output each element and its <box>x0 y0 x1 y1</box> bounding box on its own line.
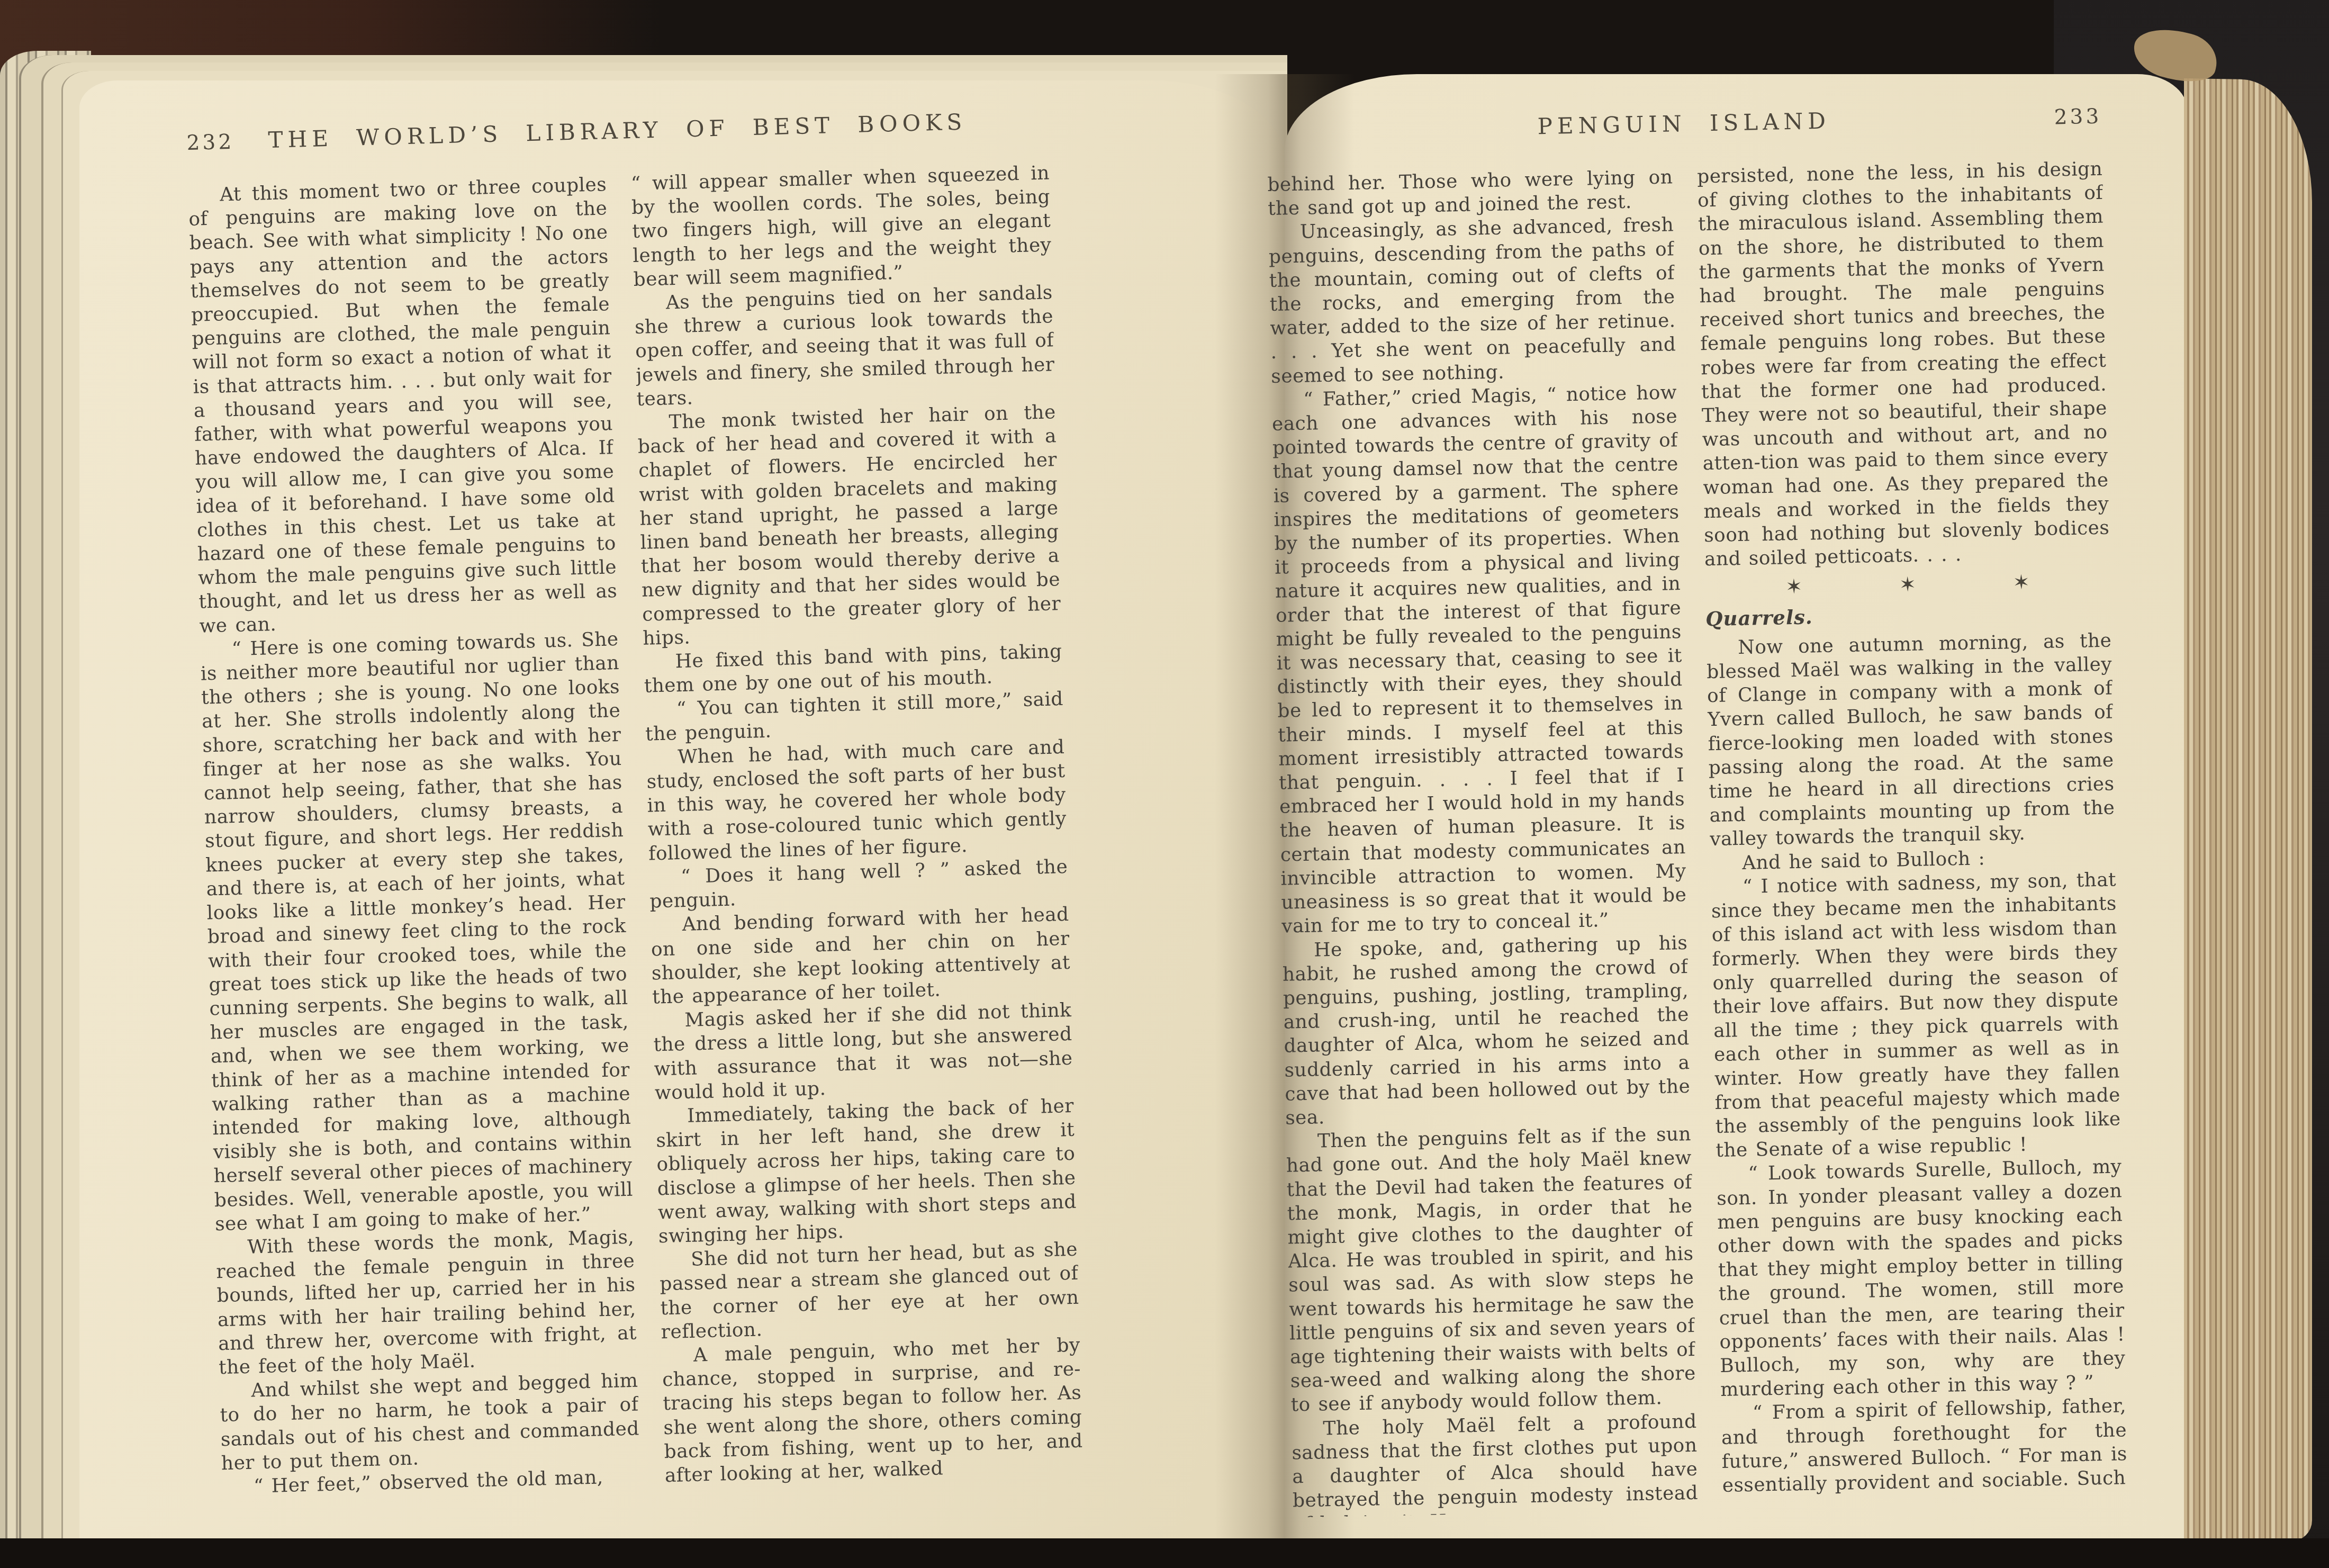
right-fore-edge-stack <box>2184 78 2312 1542</box>
paragraph: persisted, none the less, in his design … <box>1697 157 2110 572</box>
paragraph: And whilst she wept and begged him to do… <box>219 1369 640 1475</box>
paragraph: He spoke, and, gathering up his habit, h… <box>1282 931 1691 1130</box>
paragraph: With these words the monk, Magis, reache… <box>215 1225 638 1380</box>
header-spacer <box>1267 138 1346 139</box>
paragraph: At this moment two or three couples of p… <box>188 173 618 638</box>
paragraph: Magis asked her if she did not think the… <box>653 998 1073 1105</box>
header-spacer <box>969 127 1049 129</box>
paragraph: As the penguins tied on her sandals she … <box>634 281 1055 411</box>
paragraph: “ From a spirit of fellowship, father, a… <box>1721 1394 2128 1498</box>
paragraph: “ Look towards Surelle, Bulloch, my son.… <box>1716 1155 2126 1402</box>
paragraph: “ will appear smaller when squeezed in b… <box>630 161 1052 292</box>
paragraph: The holy Maël felt a profound sadness th… <box>1291 1409 1698 1517</box>
section-separator: ✶ ✶ ✶ <box>1705 569 2111 601</box>
text-column: behind her. Those who were lying on the … <box>1267 165 1699 1517</box>
paragraph: behind her. Those who were lying on the … <box>1267 165 1674 221</box>
left-page: 232 THE WORLD’S LIBRARY OF BEST BOOKS At… <box>186 106 1085 1528</box>
text-column: At this moment two or three couples of p… <box>188 173 642 1528</box>
section-heading: Quarrels. <box>1705 599 2111 631</box>
paragraph: Unceasingly, as she advanced, fresh peng… <box>1268 213 1677 389</box>
paragraph: She did not turn her head, but as she pa… <box>659 1238 1080 1344</box>
paragraph: And bending forward with her head on one… <box>650 903 1071 1009</box>
paragraph: A male penguin, who met her by chance, s… <box>661 1333 1084 1488</box>
paragraph: “ Here is one coming towards us. She is … <box>200 627 634 1236</box>
text-column: persisted, none the less, in his design … <box>1697 157 2128 1509</box>
right-page: PENGUIN ISLAND 233 behind her. Those who… <box>1266 103 2128 1518</box>
paragraph: Then the penguins felt as if the sun had… <box>1286 1122 1696 1417</box>
right-page-columns: behind her. Those who were lying on the … <box>1267 157 2128 1518</box>
page-number: 232 <box>186 129 266 155</box>
paragraph: Immediately, taking the back of her skir… <box>655 1094 1078 1249</box>
paragraph: “ Father,” cried Magis, “ notice how eac… <box>1271 381 1687 939</box>
paragraph: When he had, with much care and study, e… <box>646 735 1068 866</box>
background-shadow <box>0 1538 2329 1568</box>
page-number: 233 <box>2022 105 2102 130</box>
left-page-columns: At this moment two or three couples of p… <box>188 161 1085 1528</box>
paragraph: Now one autumn morning, as the blessed M… <box>1706 628 2116 851</box>
paragraph: “ I notice with sadness, my son, that si… <box>1711 868 2122 1163</box>
paragraph: The monk twisted her hair on the back of… <box>637 400 1062 651</box>
text-column: “ will appear smaller when squeezed in b… <box>630 161 1084 1516</box>
book-photo: { "colors": { "paper": "#ece2c6", "ink":… <box>0 0 2329 1568</box>
